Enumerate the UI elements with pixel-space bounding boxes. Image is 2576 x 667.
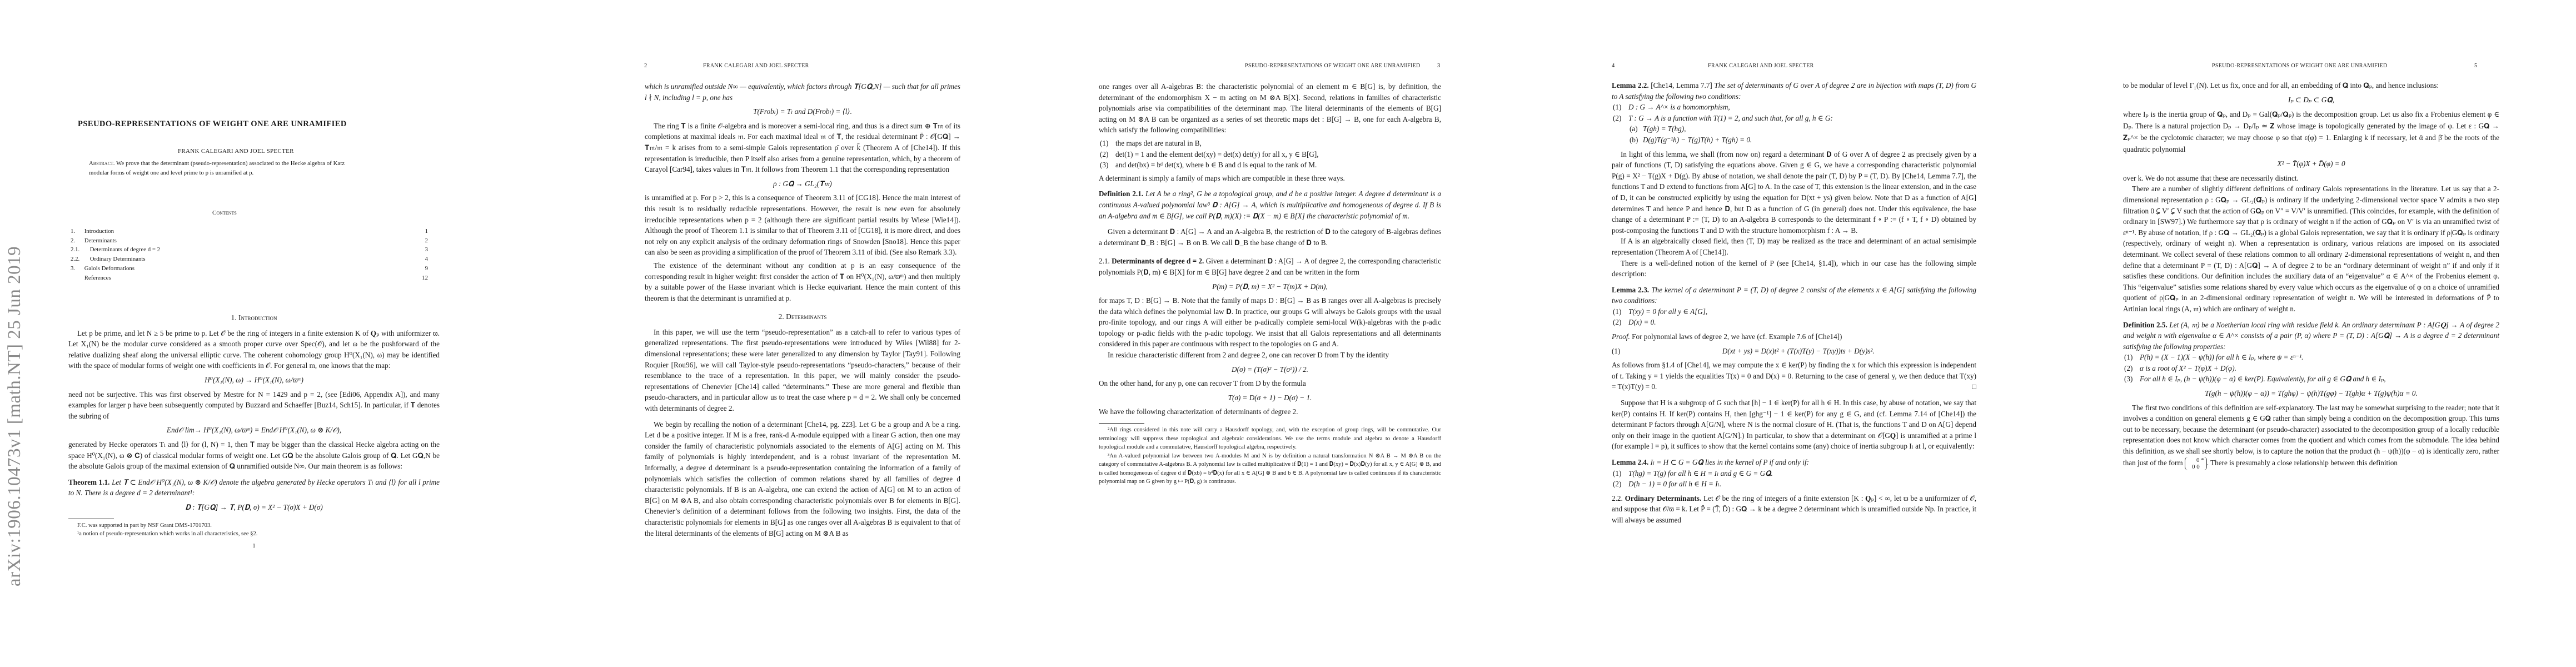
page-number: 5 [2474,63,2477,69]
footnotes: F.C. was supported in part by NSF Grant … [68,521,440,539]
page-number: 3 [1437,63,1440,69]
paragraph: If A is an algebraically closed field, t… [1612,236,1976,257]
equation: T(Frobₗ) = Tₗ and D(Frobₗ) = ⟨l⟩. [645,106,960,117]
equation: P(m) = P(𝐃, m) = X² − T(m)X + D(m), [1099,281,1441,292]
paragraph: Suppose that H is a subgroup of G such t… [1612,397,1976,452]
paragraph: one ranges over all A-algebras B: the ch… [1099,81,1441,136]
list-item: (2)det(1) = 1 and the element det(xy) = … [1115,149,1441,160]
list-item: (1)P(h) = (X − 1)(X − ψ(h)) for all h ∈ … [2140,352,2499,363]
abstract-text: We prove that the determinant (pseudo-re… [89,160,345,176]
toc-row[interactable]: 3. Galois Deformations9 [71,264,428,273]
theorem-continuation: which is unramified outside N∞ — equival… [645,81,960,103]
definition-2-1: Definition 2.1. Let A be a ring², G be a… [1099,188,1441,221]
page-2-body: which is unramified outside N∞ — equival… [645,81,960,539]
toc-row[interactable]: References12 [71,273,428,283]
paragraph: We have the following characterization o… [1099,406,1441,417]
list-item: (2)T : G → A is a function with T(1) = 2… [1628,113,1976,124]
contents-heading: Contents [212,210,237,216]
footnote: ³An A-valued polynomial law between two … [1099,452,1441,486]
paper-authors: FRANK CALEGARI AND JOEL SPECTER [178,148,294,155]
list-item: (1)the maps det are natural in B, [1115,138,1441,149]
theorem-label: Theorem 1.1. [68,478,109,486]
paragraph: There are a number of slightly different… [2123,183,2499,314]
equation: Iₚ ⊂ Dₚ ⊂ G𝐐, [2123,94,2499,106]
toc-row[interactable]: 2. Determinants2 [71,236,428,246]
subsection-title: Determinants of degree d = 2. [1112,257,1204,265]
page-2: 2 FRANK CALEGARI AND JOEL SPECTER which … [611,0,1000,667]
paragraph: Given a determinant 𝐃 : A[G] → A and an … [1099,226,1441,248]
page-3: PSEUDO-REPRESENTATIONS OF WEIGHT ONE ARE… [1056,0,1478,667]
subsection-title: Ordinary Determinants. [1625,494,1702,502]
paragraph: A determinant is simply a family of maps… [1099,173,1441,184]
running-head: PSEUDO-REPRESENTATIONS OF WEIGHT ONE ARE… [2212,63,2388,69]
equation: T(σ) = D(σ + 1) − D(σ) − 1. [1099,392,1441,404]
compatibility-list: (1)the maps det are natural in B, (2)det… [1099,138,1441,171]
equation: D(σ) = (T(σ)² − T(σ²)) / 2. [1099,364,1441,375]
list-item: (b)D(g)T(g⁻¹h) − T(g)T(h) + T(gh) = 0. [1643,135,1976,146]
page-5: PSEUDO-REPRESENTATIONS OF WEIGHT ONE ARE… [2090,0,2576,667]
table-of-contents: 1. Introduction1 2. Determinants2 2.1. D… [71,227,428,282]
paragraph: need not be surjective. This was first o… [68,389,440,422]
page-number: 2 [644,63,647,69]
list-item: (2)D(h − 1) = 0 for all h ∈ H = Iₗ. [1628,479,1976,490]
paragraph: On the other hand, for any p, one can re… [1099,378,1441,389]
list-item: (3)For all h ∈ Iₚ, (h − ψ(h))(φ − α) ∈ k… [2140,374,2499,385]
subsection-2-2: 2.2. Ordinary Determinants. Let 𝒪 be the… [1612,493,1976,526]
toc-row[interactable]: 1. Introduction1 [71,227,428,236]
paper-title: PSEUDO-REPRESENTATIONS OF WEIGHT ONE ARE… [78,120,347,129]
lemma-list: (1)D : G → A^× is a homomorphism, (2)T :… [1612,102,1976,123]
footnotes: ²All rings considered in this note will … [1099,426,1441,486]
abstract-label: Abstract. [89,160,115,167]
paragraph: In light of this lemma, we shall (from n… [1612,149,1976,236]
paragraph: is unramified at p. For p > 2, this is a… [645,192,960,258]
footnote-rule [1099,423,1144,424]
toc-row[interactable]: 2.2. Ordinary Determinants4 [71,255,428,264]
paragraph: The existence of the determinant without… [645,260,960,303]
equation: 𝐃 : 𝐓[G𝐐] → 𝐓, P(𝐃, σ) = X² − T(σ)X + D(… [68,502,440,513]
proof: Proof. For polynomial laws of degree 2, … [1612,331,1976,342]
paragraph: As follows from §1.4 of [Che14], we may … [1612,360,1976,392]
paragraph: Let p be prime, and let N ≥ 5 be prime t… [68,328,440,371]
page-4-body: Lemma 2.2. [Che14, Lemma 7.7] The set of… [1612,80,1976,526]
page-number: 4 [1612,63,1615,69]
paragraph: There is a well-defined notion of the ke… [1612,258,1976,280]
equation: X² − T̄(φ)X + D̄(φ) = 0 [2123,158,2499,170]
lemma-sublist: (a)T(gh) = T(hg), (b)D(g)T(g⁻¹h) − T(g)T… [1612,123,1976,145]
equation: End𝒪 lim→ H⁰(X₁(N), ω/ϖᵐ) = End𝒪 H⁰(X₁(N… [68,425,440,436]
running-head: PSEUDO-REPRESENTATIONS OF WEIGHT ONE ARE… [1245,63,1421,69]
paragraph: In residue characteristic different from… [1099,350,1441,361]
paragraph: We begin by recalling the notion of a de… [645,419,960,539]
list-item: (3)and det(bx) = bᵈ det(x), where b ∈ B … [1115,160,1441,171]
page-3-body: one ranges over all A-algebras B: the ch… [1099,81,1441,486]
page-1: PSEUDO-REPRESENTATIONS OF WEIGHT ONE ARE… [0,0,556,667]
lemma-2-2: Lemma 2.2. [Che14, Lemma 7.7] The set of… [1612,80,1976,102]
equation: ρ : G𝐐 → GL₂(𝐓𝔪) [645,178,960,190]
definition-2-5: Definition 2.5. Let (A, 𝔪) be a Noetheri… [2123,320,2499,352]
footnote: F.C. was supported in part by NSF Grant … [68,521,440,530]
matrix: 0 *0 0 [2185,457,2207,470]
toc-row[interactable]: 2.1. Determinants of degree d = 23 [71,245,428,255]
running-head: FRANK CALEGARI AND JOEL SPECTER [1708,63,1814,69]
numbered-equation: (1) D(xt + ys) = D(x)t² + (T(x)T(y) − T(… [1612,346,1976,357]
lemma-list: (1)T(xy) = 0 for all y ∈ A[G], (2)D(x) =… [1612,306,1976,328]
paragraph: to be modular of level Γ₁(N). Let us fix… [2123,80,2499,91]
theorem-text: Let 𝐓 ⊂ End𝒪 H⁰(X₁(N), ω ⊗ K/𝒪) denote t… [68,478,440,497]
paragraph: The ring 𝐓 is a finite 𝒪-algebra and is … [645,121,960,175]
equation: T(g(h − ψ(h))(φ − α)) = T(ghφ) − ψ(h)T(g… [2123,388,2499,399]
lemma-2-4: Lemma 2.4. Iₗ = H ⊂ G = G𝐐 lies in the k… [1612,457,1976,468]
footnote: ¹a notion of pseudo-representation which… [68,530,440,539]
list-item: (1)D : G → A^× is a homomorphism, [1628,102,1976,113]
list-item: (2)D(x) = 0. [1628,317,1976,328]
list-item: (a)T(gh) = T(hg), [1643,123,1976,135]
abstract: Abstract. We prove that the determinant … [89,159,345,177]
section-heading-determinants: 2. Determinants [645,311,960,322]
paragraph: The first two conditions of this definit… [2123,402,2499,470]
paragraph: for maps T, D : B[G] → B. Note that the … [1099,295,1441,350]
paragraph: generated by Hecke operators Tₗ and ⟨l⟩ … [68,439,440,472]
running-head: FRANK CALEGARI AND JOEL SPECTER [703,63,809,69]
qed-icon: □ [1972,381,1976,392]
lemma-list: (1)T(hg) = T(g) for all h ∈ H = Iₗ and g… [1612,468,1976,490]
footnote: ²All rings considered in this note will … [1099,426,1441,452]
list-item: (1)T(hg) = T(g) for all h ∈ H = Iₗ and g… [1628,468,1976,479]
paragraph: over k. We do not assume that these are … [2123,173,2499,184]
subsection-2-1: 2.1. Determinants of degree d = 2. Given… [1099,256,1441,277]
paragraph: In this paper, we will use the term “pse… [645,327,960,414]
equation: H⁰(X₁(N), ω) → H⁰(X₁(N), ω/ϖᵐ) [68,375,440,386]
page-4: 4 FRANK CALEGARI AND JOEL SPECTER Lemma … [1590,0,2012,667]
page-1-body: 1. Introduction Let p be prime, and let … [68,312,440,551]
footnote-rule [68,519,114,519]
theorem-1-1: Theorem 1.1. Let 𝐓 ⊂ End𝒪 H⁰(X₁(N), ω ⊗ … [68,477,440,499]
paragraph: where Iₚ is the inertia group of 𝐐ₚ, and… [2123,108,2499,155]
list-item: (1)T(xy) = 0 for all y ∈ A[G], [1628,306,1976,317]
page-5-body: to be modular of level Γ₁(N). Let us fix… [2123,80,2499,470]
lemma-2-3: Lemma 2.3. The kernel of a determinant P… [1612,285,1976,306]
list-item: (2)α is a root of X² − T(φ)X + D(φ). [2140,363,2499,374]
section-heading-introduction: 1. Introduction [68,312,440,323]
page-number: 1 [68,541,440,552]
definition-list: (1)P(h) = (X − 1)(X − ψ(h)) for all h ∈ … [2123,352,2499,385]
